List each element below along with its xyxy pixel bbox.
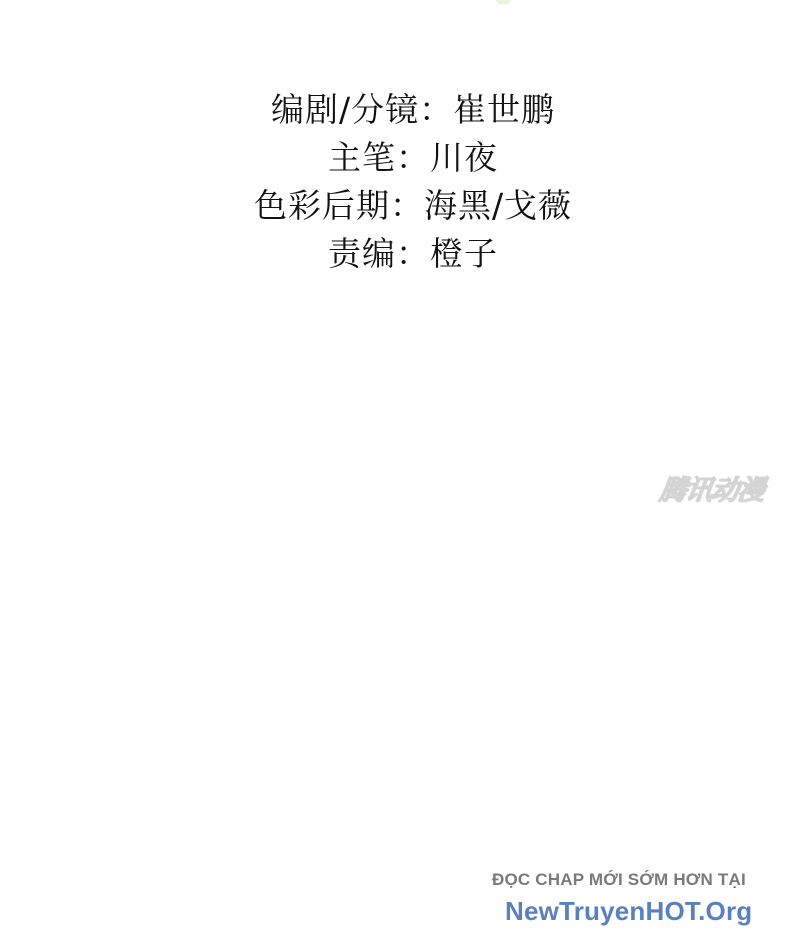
credit-separator: ：	[396, 234, 430, 273]
credit-line-script: 编剧/分镜：崔世鹏	[0, 86, 800, 134]
credit-separator: ：	[396, 138, 430, 177]
credit-name: 崔世鹏	[453, 90, 555, 129]
credit-role: 色彩后期	[254, 186, 390, 225]
top-edge-mark	[496, 0, 510, 4]
promo-site-link[interactable]: NewTruyenHOT.Org	[505, 896, 780, 927]
tencent-comics-watermark: 腾讯动漫	[657, 468, 766, 507]
credit-role: 主笔	[328, 138, 396, 177]
credit-line-coloring: 色彩后期：海黑/戈薇	[0, 182, 800, 230]
credit-name: 川夜	[430, 138, 498, 177]
credit-separator: ：	[419, 90, 453, 129]
promo-tagline: ĐỌC CHAP MỚI SỚM HƠN TẠI	[492, 870, 780, 890]
credit-name: 海黑/戈薇	[424, 186, 572, 225]
credit-line-editor: 责编：橙子	[0, 230, 800, 278]
credit-separator: ：	[390, 186, 424, 225]
credits-block: 编剧/分镜：崔世鹏 主笔：川夜 色彩后期：海黑/戈薇 责编：橙子	[0, 86, 800, 278]
credit-role: 责编	[328, 234, 396, 273]
credit-line-lead-artist: 主笔：川夜	[0, 134, 800, 182]
credit-role: 编剧/分镜	[271, 90, 419, 129]
comic-credits-page: 编剧/分镜：崔世鹏 主笔：川夜 色彩后期：海黑/戈薇 责编：橙子 腾讯动漫 ĐỌ…	[0, 0, 800, 950]
credit-name: 橙子	[430, 234, 498, 273]
promo-banner: ĐỌC CHAP MỚI SỚM HƠN TẠI NewTruyenHOT.Or…	[480, 870, 780, 927]
